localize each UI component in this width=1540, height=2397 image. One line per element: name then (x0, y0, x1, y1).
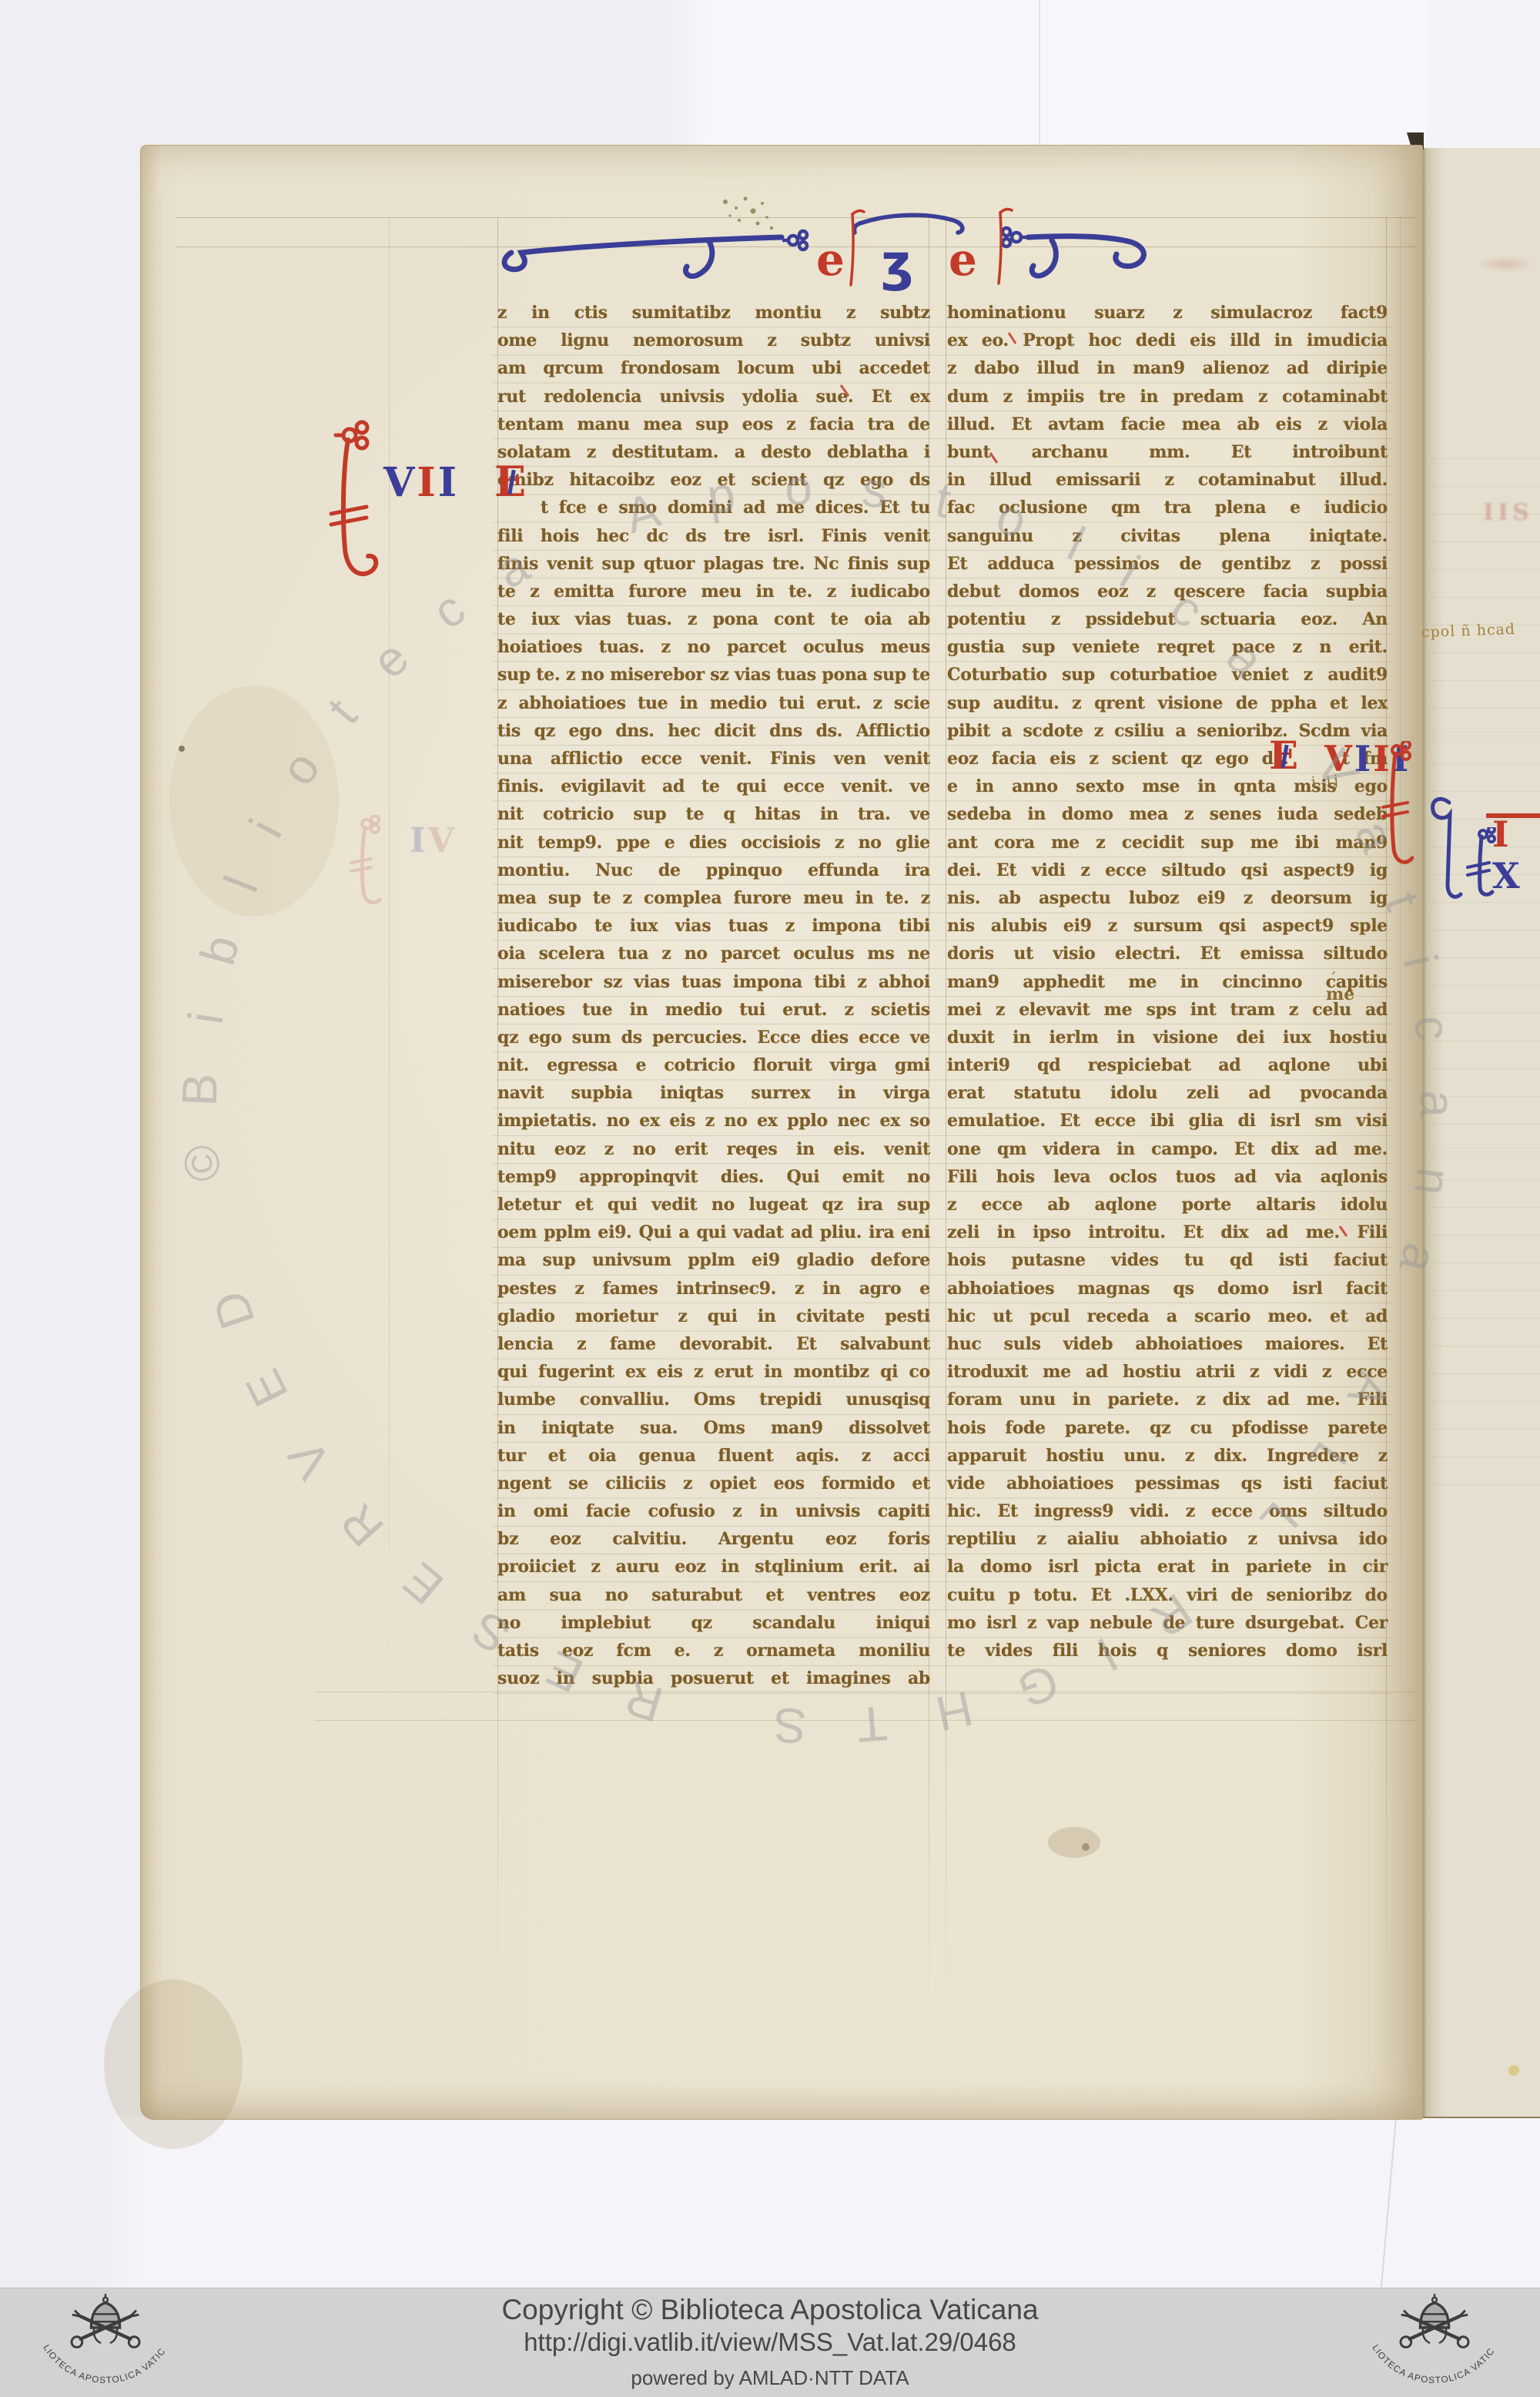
running-title-ornament: e ʒ e (431, 202, 1201, 310)
text-line: fac oclusione qm tra plena e iudicio (947, 494, 1388, 521)
text-line: proiiciet z auru eoz in stqlinium erit. … (497, 1553, 930, 1581)
red-paraph-small-icon (1378, 741, 1417, 872)
chapter-numeral-letter: I (1492, 813, 1512, 855)
text-line: hois fode parete. qz cu pfodisse parete (947, 1414, 1388, 1442)
bleedthrough-mark: IIS (1483, 499, 1533, 526)
text-line: huc suls videb abhoiatioes maiores. Et (947, 1330, 1388, 1358)
text-line: Coturbatio sup coturbatioe veniet z audi… (947, 661, 1388, 689)
chapter-numeral-letter: V (383, 459, 417, 506)
text-line: hic ut pcul receda a scario meo. et ad (947, 1302, 1388, 1330)
text-line: finis. evigilavit ad te qui ecce venit. … (497, 773, 930, 800)
chapter-numeral-letter: I (417, 459, 437, 506)
text-line: lumbe convalliu. Oms trepidi unusqisq (497, 1386, 930, 1413)
text-line: z abhoiatioes tue in medio tui erut. z s… (497, 689, 930, 717)
text-line: in iniqtate sua. Oms man9 dissolvet (497, 1414, 930, 1442)
text-line: hoiatioes tuas. z no parcet oculus meus (497, 633, 930, 661)
text-line: nit cotricio sup te q hitas in tra. ve (497, 800, 930, 828)
next-folio-gloss: cpol ñ hcad (1421, 621, 1516, 641)
chapter-numeral-letter: V (428, 821, 457, 860)
text-line: lencia z fame devorabit. Et salvabunt (497, 1330, 930, 1358)
text-line: ant cora me z cecidit sup me ibi man9 (947, 829, 1388, 857)
text-line: ome lignu nemorosum z subtz univsi (497, 327, 930, 354)
scanned-manuscript-viewer: { "document": { "library": "Biblioteca A… (0, 0, 1540, 2397)
text-line: suoz in supbia posuerut et imagines ab (497, 1664, 930, 1692)
text-line: sup auditu. z qrent visione de ppha et l… (947, 689, 1388, 717)
blue-knot-left-icon (782, 231, 807, 250)
footer-url: http://digi.vatlib.it/view/MSS_Vat.lat.2… (0, 2328, 1540, 2357)
text-line: hois putasne vides tu qd isti faciut (947, 1246, 1388, 1274)
text-line: letetur et qui vedit no lugeat qz ira su… (497, 1191, 930, 1219)
text-line: tur et oia genua fluent aqis. z acci (497, 1442, 930, 1470)
text-line: vide abhoiatioes pessimas qs isti faciut (947, 1470, 1388, 1497)
text-line: oia scelera tua z no parcet oculus ms ne (497, 940, 930, 967)
text-line: tis qz ego dns. hec dicit dns ds. Afflic… (497, 717, 930, 745)
chapter-initial-viii: E (1269, 736, 1298, 775)
text-line: mei z elevavit me sps int tram z celu ad (947, 996, 1388, 1024)
text-line: foram unu in pariete. z dix ad me. Fili (947, 1386, 1388, 1413)
chapter-number-ix-next-folio: IX (1492, 813, 1540, 897)
text-column-left: z in ctis sumitatibz montiu z subtzome l… (497, 299, 930, 1692)
text-line: duxit in ierlm in visione dei iux hostiu (947, 1024, 1388, 1051)
text-line: erat statutu idolu zeli ad pvocanda (947, 1079, 1388, 1107)
text-line: in omi facie cofusio z in univsis capiti (497, 1497, 930, 1525)
text-line: nis. ab aspectu luboz ei9 z deorsum ig (947, 884, 1388, 912)
text-line: z in ctis sumitatibz montiu z subtz (497, 299, 930, 327)
text-line: potentiu z pssidebut sctuaria eoz. An (947, 605, 1388, 633)
text-line: temp9 appropinqvit dies. Qui emit no (497, 1163, 930, 1191)
backing-sheet-bottom (92, 2116, 1540, 2291)
text-line: nit. egressa e cotricio floruit virga gm… (497, 1051, 930, 1079)
chapter-numeral-letter: I (410, 821, 428, 860)
next-folio-ruling (1432, 431, 1540, 1510)
text-line: sup te. z no miserebor sz vias tuas pona… (497, 661, 930, 689)
margin-note-me: me (1326, 984, 1354, 1004)
chapter-numeral-letter: X (1492, 855, 1522, 897)
ruling-line-bottom-2 (314, 1720, 1417, 1721)
bleedthrough-smudge (1477, 256, 1534, 273)
text-line: in illud emissarii z cotaminabut illud. (947, 466, 1388, 494)
text-line: cuitu p totu. Et .LXX. viri de senioribz… (947, 1581, 1388, 1609)
text-line: no implebiut qz scandalu iniqui (497, 1609, 930, 1637)
text-line: hic. Et ingress9 vidi. z ecce oms siltud… (947, 1497, 1388, 1525)
text-line: natioes tue in medio tui erut. z scietis (497, 996, 930, 1024)
chapter-initial-vii: E (494, 461, 526, 502)
text-line: ex eo. Propt hoc dedi eis illd in imudic… (947, 327, 1388, 354)
running-title-letter: ʒ (881, 233, 913, 293)
text-line: ma sup univsum pplm ei9 gladio defore (497, 1246, 930, 1274)
blue-hook-icon (1426, 789, 1465, 904)
text-line: illud. Et avtam facie mea ab eis z viola (947, 411, 1388, 438)
text-line: z ecce ab aqlone porte altaris idolu (947, 1191, 1388, 1219)
text-line: sedeba in domo mea z senes iuda sedeb (947, 800, 1388, 828)
footer-powered-by: powered by AMLAD·NTT DATA (0, 2366, 1540, 2390)
ruling-vertical-gutter (1400, 217, 1401, 1850)
ruling-vertical-col2-left (946, 217, 946, 2020)
text-line: emulatioe. Et ecce ibi glia di isrl sm v… (947, 1107, 1388, 1135)
text-line: am sua no saturabut et ventres eoz (497, 1581, 930, 1609)
text-line: omibz hitacoibz eoz et scient qz ego ds (497, 466, 930, 494)
text-line: qz ego sum ds percucies. Ecce dies ecce … (497, 1024, 930, 1051)
text-line: z dabo illud in man9 alienoz ad diripie (947, 354, 1388, 382)
text-line: bunt archanu mm. Et introibunt (947, 438, 1388, 466)
text-line: itroduxit me ad hostiu atrii z vidi z ec… (947, 1358, 1388, 1386)
text-line: mea sup te z complea furore meu in te. z (497, 884, 930, 912)
text-line: eoz facia eis z scient qz ego ds. t fm (947, 745, 1388, 773)
text-line: debut domos eoz z qescere facia supbia (947, 578, 1388, 605)
text-line: gustia sup veniete reqret pace z n erit. (947, 633, 1388, 661)
text-line: sanguinu z civitas plena iniqtate. (947, 522, 1388, 550)
text-line: impietatis. no ex eis z no ex pplo nec e… (497, 1107, 930, 1135)
running-title-letter: e (816, 233, 845, 286)
text-line: am qrcum frondosam locum ubi accedet (497, 354, 930, 382)
text-line: doris ut visio electri. Et emissa siltud… (947, 940, 1388, 967)
chapter-numeral-letter: I (1354, 738, 1374, 779)
vatican-library-logo-left: BIBLIOTECA APOSTOLICA VATICANA (32, 2294, 179, 2395)
text-line: apparuit hostiu unu. z dix. Ingredere z (947, 1442, 1388, 1470)
text-line: qui fugerint ex eis z erut in montibz qi… (497, 1358, 930, 1386)
text-line: dei. Et vidi z ecce siltudo qsi aspect9 … (947, 857, 1388, 884)
backing-sheet-seam (1039, 0, 1040, 146)
footer-copyright: Copyright © Biblioteca Apostolica Vatica… (0, 2294, 1540, 2326)
text-line: Fili hois leva oclos tuos ad via aqlonis (947, 1163, 1388, 1191)
text-line: finis venit sup qtuor plagas tre. Nc fin… (497, 550, 930, 578)
text-line: una afflictio ecce venit. Finis ven veni… (497, 745, 930, 773)
text-line: rut redolencia univsis ydolia sue. Et ex (497, 383, 930, 411)
text-line: Et adduca pessimos de gentibz z possi (947, 550, 1388, 578)
text-line: reptiliu z aialiu abhoiatio z univsa ido (947, 1525, 1388, 1553)
text-line: tentam manu mea sup eos z facia tra de (497, 411, 930, 438)
margin-line-marks: i ij (1311, 773, 1341, 791)
ghost-paraph-icon (345, 815, 391, 915)
blue-knot-right-icon (1003, 228, 1027, 246)
text-line: mo isrl z vap nebule de ture dsurgebat. … (947, 1609, 1388, 1637)
text-line: iudicabo te iux vias tuas z impona tibi (497, 912, 930, 940)
text-line: one qm videra in campo. Et dix ad me. (947, 1135, 1388, 1163)
chapter-number-vii: VII (383, 459, 459, 506)
text-line: nis alubis ei9 z sursum qsi aspect9 sple (947, 912, 1388, 940)
text-line: t fce e smo domini ad me dices. Et tu (497, 494, 930, 521)
text-line: man9 apphedit me in cincinno capitis (947, 968, 1388, 996)
text-line: bz eoz calvitiu. Argentu eoz foris (497, 1525, 930, 1553)
text-line: te vides fili hois q seniores domo isrl (947, 1637, 1388, 1664)
text-line: zeli in ipso introitu. Et dix ad me. Fil… (947, 1219, 1388, 1246)
text-line: fili hois hec dc ds tre isrl. Finis veni… (497, 522, 930, 550)
text-line: miserebor sz vias tuas impona tibi z abh… (497, 968, 930, 996)
text-line: nit temp9. ppe e dies occisiois z no gli… (497, 829, 930, 857)
text-line: montiu. Nuc de ppinquo effunda ira (497, 857, 930, 884)
chapter-number-iv-ghost: IV (410, 821, 457, 860)
text-line: tatis eoz fcm e. z ornameta moniliu (497, 1637, 930, 1664)
text-line: abhoiatioes magnas qs domo isrl facit (947, 1275, 1388, 1302)
text-line: solatam z destitutam. a desto deblatha i (497, 438, 930, 466)
text-line: ngent se ciliciis z opiet eos formido et (497, 1470, 930, 1497)
text-line: pibit a scdote z csiliu a senioribz. Scd… (947, 717, 1388, 745)
text-line: oem pplm ei9. Qui a qui vadat ad pliu. i… (497, 1219, 930, 1246)
text-column-right: hominationu suarz z simulacroz fact9ex e… (947, 299, 1388, 1664)
text-line: navit supbia iniqtas surrex in virga (497, 1079, 930, 1107)
text-line: hominationu suarz z simulacroz fact9 (947, 299, 1388, 327)
backing-sheet-top (662, 0, 1540, 148)
text-line: nitu eoz z no erit reqes in eis. venit (497, 1135, 930, 1163)
text-line: gladio morietur z qui in civitate pesti (497, 1302, 930, 1330)
red-paraph-icon (322, 420, 391, 597)
text-line: la domo isrl picta erat in pariete in ci… (947, 1553, 1388, 1581)
text-line: te iux vias tuas. z pona cont te oia ab (497, 605, 930, 633)
text-line: interi9 qd respiciebat ad aqlone ubi (947, 1051, 1388, 1079)
running-title-letter: e (949, 233, 977, 286)
text-line: pestes z fames intrinsec9. z in agro e (497, 1275, 930, 1302)
text-line: dum z impiis tre in predam z cotaminabt (947, 383, 1388, 411)
vatican-library-logo-right: BIBLIOTECA APOSTOLICA VATICANA (1361, 2294, 1508, 2395)
text-line: te z emitta furore meu in te. z iudicabo (497, 578, 930, 605)
chapter-numeral-letter: I (438, 459, 459, 506)
